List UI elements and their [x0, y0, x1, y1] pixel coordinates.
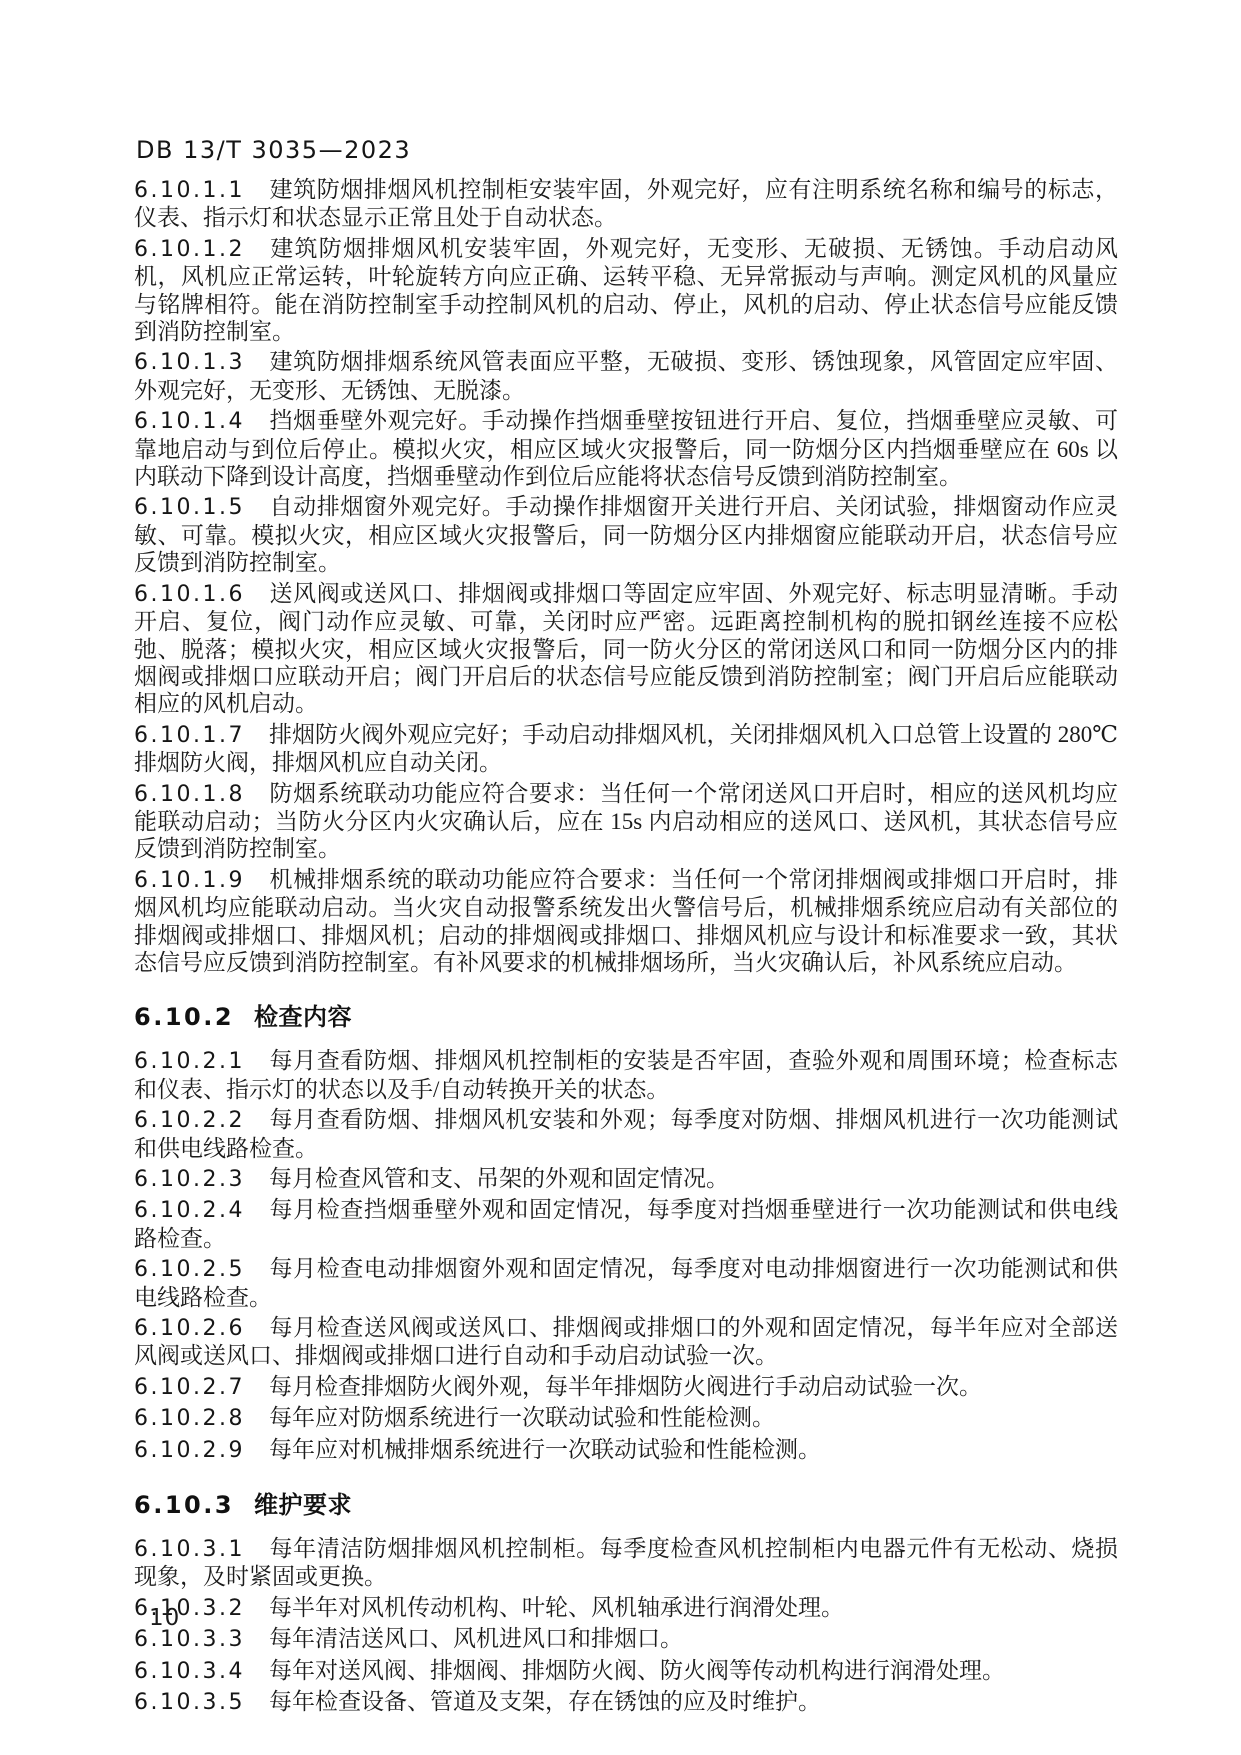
clause-number: 6.10.1.8 — [134, 782, 245, 807]
clause-text: 每月检查电动排烟窗外观和固定情况，每季度对电动排烟窗进行一次功能测试和供电线路检… — [134, 1256, 1118, 1309]
clause-6.10.3.3: 6.10.3.3每年清洁送风口、风机进风口和排烟口。 — [134, 1625, 1118, 1653]
clause-6.10.1.1: 6.10.1.1建筑防烟排烟风机控制柜安装牢固，外观完好，应有注明系统名称和编号… — [134, 176, 1118, 232]
clause-text: 每年检查设备、管道及支架，存在锈蚀的应及时维护。 — [269, 1689, 821, 1714]
clause-6.10.1.7: 6.10.1.7排烟防火阀外观应完好；手动启动排烟风机，关闭排烟风机入口总管上设… — [134, 721, 1118, 777]
clause-6.10.1.8: 6.10.1.8防烟系统联动功能应符合要求：当任何一个常闭送风口开启时，相应的送… — [134, 780, 1118, 863]
clause-text: 每年清洁防烟排烟风机控制柜。每季度检查风机控制柜内电器元件有无松动、烧损现象，及… — [134, 1536, 1118, 1589]
document-page: DB 13/T 3035—2023 6.10.1.1建筑防烟排烟风机控制柜安装牢… — [0, 0, 1241, 1755]
clause-text: 每年应对机械排烟系统进行一次联动试验和性能检测。 — [269, 1437, 821, 1462]
clause-6.10.3.2: 6.10.3.2每半年对风机传动机构、叶轮、风机轴承进行润滑处理。 — [134, 1594, 1118, 1622]
clause-text: 每月查看防烟、排烟风机控制柜的安装是否牢固，查验外观和周围环境；检查标志和仪表、… — [134, 1048, 1118, 1101]
clause-number: 6.10.1.5 — [134, 495, 245, 520]
clause-number: 6.10.2.6 — [134, 1316, 245, 1341]
clause-text: 自动排烟窗外观完好。手动操作排烟窗开关进行开启、关闭试验，排烟窗动作应灵敏、可靠… — [134, 494, 1118, 575]
clause-text: 建筑防烟排烟系统风管表面应平整，无破损、变形、锈蚀现象，风管固定应牢固、外观完好… — [134, 349, 1118, 402]
clause-text: 挡烟垂壁外观完好。手动操作挡烟垂壁按钮进行开启、复位，挡烟垂壁应灵敏、可靠地启动… — [134, 408, 1118, 489]
clause-number: 6.10.1.3 — [134, 350, 245, 375]
clause-6.10.1.4: 6.10.1.4挡烟垂壁外观完好。手动操作挡烟垂壁按钮进行开启、复位，挡烟垂壁应… — [134, 407, 1118, 490]
clause-6.10.1.3: 6.10.1.3建筑防烟排烟系统风管表面应平整，无破损、变形、锈蚀现象，风管固定… — [134, 348, 1118, 404]
heading-number: 6.10.3 — [134, 1491, 234, 1519]
clause-6.10.2.7: 6.10.2.7每月检查排烟防火阀外观，每半年排烟防火阀进行手动启动试验一次。 — [134, 1373, 1118, 1401]
clause-text: 防烟系统联动功能应符合要求：当任何一个常闭送风口开启时，相应的送风机均应能联动启… — [134, 781, 1118, 862]
clause-number: 6.10.1.6 — [134, 582, 245, 607]
heading-text: 维护要求 — [254, 1491, 352, 1519]
clause-text: 每月检查排烟防火阀外观，每半年排烟防火阀进行手动启动试验一次。 — [269, 1374, 982, 1399]
clause-text: 每半年对风机传动机构、叶轮、风机轴承进行润滑处理。 — [269, 1595, 844, 1620]
section-heading-6.10.2: 6.10.2检查内容 — [134, 997, 1118, 1032]
clause-6.10.1.2: 6.10.1.2建筑防烟排烟风机安装牢固，外观完好，无变形、无破损、无锈蚀。手动… — [134, 235, 1118, 346]
clause-text: 每年清洁送风口、风机进风口和排烟口。 — [269, 1626, 683, 1651]
clause-6.10.2.8: 6.10.2.8每年应对防烟系统进行一次联动试验和性能检测。 — [134, 1404, 1118, 1432]
clause-number: 6.10.1.2 — [134, 237, 245, 262]
clause-text: 每年对送风阀、排烟阀、排烟防火阀、防火阀等传动机构进行润滑处理。 — [269, 1658, 1005, 1683]
clause-number: 6.10.1.9 — [134, 868, 245, 893]
clause-6.10.2.5: 6.10.2.5每月检查电动排烟窗外观和固定情况，每季度对电动排烟窗进行一次功能… — [134, 1255, 1118, 1311]
document-content: 6.10.1.1建筑防烟排烟风机控制柜安装牢固，外观完好，应有注明系统名称和编号… — [134, 176, 1118, 1720]
heading-number: 6.10.2 — [134, 1003, 234, 1031]
clause-number: 6.10.2.8 — [134, 1406, 245, 1431]
clause-number: 6.10.1.4 — [134, 409, 245, 434]
clause-6.10.2.6: 6.10.2.6每月检查送风阀或送风口、排烟阀或排烟口的外观和固定情况，每半年应… — [134, 1314, 1118, 1370]
clause-number: 6.10.2.1 — [134, 1049, 245, 1074]
clause-text: 每月检查挡烟垂壁外观和固定情况，每季度对挡烟垂壁进行一次功能测试和供电线路检查。 — [134, 1197, 1118, 1250]
clause-6.10.3.5: 6.10.3.5每年检查设备、管道及支架，存在锈蚀的应及时维护。 — [134, 1688, 1118, 1716]
clause-text: 每月检查送风阀或送风口、排烟阀或排烟口的外观和固定情况，每半年应对全部送风阀或送… — [134, 1315, 1118, 1368]
clause-number: 6.10.3.5 — [134, 1690, 245, 1715]
clause-number: 6.10.1.1 — [134, 178, 245, 203]
clause-6.10.3.4: 6.10.3.4每年对送风阀、排烟阀、排烟防火阀、防火阀等传动机构进行润滑处理。 — [134, 1657, 1118, 1685]
clause-number: 6.10.3.1 — [134, 1537, 245, 1562]
clause-6.10.2.9: 6.10.2.9每年应对机械排烟系统进行一次联动试验和性能检测。 — [134, 1436, 1118, 1464]
clause-number: 6.10.2.2 — [134, 1108, 245, 1133]
clause-6.10.1.6: 6.10.1.6送风阀或送风口、排烟阀或排烟口等固定应牢固、外观完好、标志明显清… — [134, 580, 1118, 718]
clause-6.10.1.9: 6.10.1.9机械排烟系统的联动功能应符合要求：当任何一个常闭排烟阀或排烟口开… — [134, 866, 1118, 977]
clause-text: 每年应对防烟系统进行一次联动试验和性能检测。 — [269, 1405, 775, 1430]
clause-text: 每月检查风管和支、吊架的外观和固定情况。 — [269, 1166, 729, 1191]
clause-text: 每月查看防烟、排烟风机安装和外观；每季度对防烟、排烟风机进行一次功能测试和供电线… — [134, 1107, 1118, 1160]
heading-text: 检查内容 — [254, 1003, 352, 1031]
clause-6.10.3.1: 6.10.3.1每年清洁防烟排烟风机控制柜。每季度检查风机控制柜内电器元件有无松… — [134, 1535, 1118, 1591]
section-heading-6.10.3: 6.10.3维护要求 — [134, 1485, 1118, 1520]
clause-number: 6.10.2.7 — [134, 1375, 245, 1400]
clause-6.10.1.5: 6.10.1.5自动排烟窗外观完好。手动操作排烟窗开关进行开启、关闭试验，排烟窗… — [134, 493, 1118, 576]
clause-number: 6.10.2.3 — [134, 1167, 245, 1192]
clause-number: 6.10.2.5 — [134, 1257, 245, 1282]
clause-6.10.2.1: 6.10.2.1每月查看防烟、排烟风机控制柜的安装是否牢固，查验外观和周围环境；… — [134, 1047, 1118, 1103]
clause-number: 6.10.2.4 — [134, 1198, 245, 1223]
clause-text: 建筑防烟排烟风机安装牢固，外观完好，无变形、无破损、无锈蚀。手动启动风机，风机应… — [134, 236, 1118, 344]
clause-number: 6.10.1.7 — [134, 723, 245, 748]
page-number: 10 — [149, 1605, 180, 1631]
clause-6.10.2.4: 6.10.2.4每月检查挡烟垂壁外观和固定情况，每季度对挡烟垂壁进行一次功能测试… — [134, 1196, 1118, 1252]
standard-number-header: DB 13/T 3035—2023 — [136, 136, 411, 164]
clause-6.10.2.2: 6.10.2.2每月查看防烟、排烟风机安装和外观；每季度对防烟、排烟风机进行一次… — [134, 1106, 1118, 1162]
clause-text: 建筑防烟排烟风机控制柜安装牢固，外观完好，应有注明系统名称和编号的标志，仪表、指… — [134, 177, 1118, 230]
clause-number: 6.10.2.9 — [134, 1438, 245, 1463]
clause-6.10.2.3: 6.10.2.3每月检查风管和支、吊架的外观和固定情况。 — [134, 1165, 1118, 1193]
clause-text: 机械排烟系统的联动功能应符合要求：当任何一个常闭排烟阀或排烟口开启时，排烟风机均… — [134, 867, 1118, 975]
clause-text: 送风阀或送风口、排烟阀或排烟口等固定应牢固、外观完好、标志明显清晰。手动开启、复… — [134, 581, 1118, 717]
clause-number: 6.10.3.3 — [134, 1627, 245, 1652]
clause-number: 6.10.3.4 — [134, 1659, 245, 1684]
clause-text: 排烟防火阀外观应完好；手动启动排烟风机，关闭排烟风机入口总管上设置的 280℃排… — [134, 722, 1118, 775]
